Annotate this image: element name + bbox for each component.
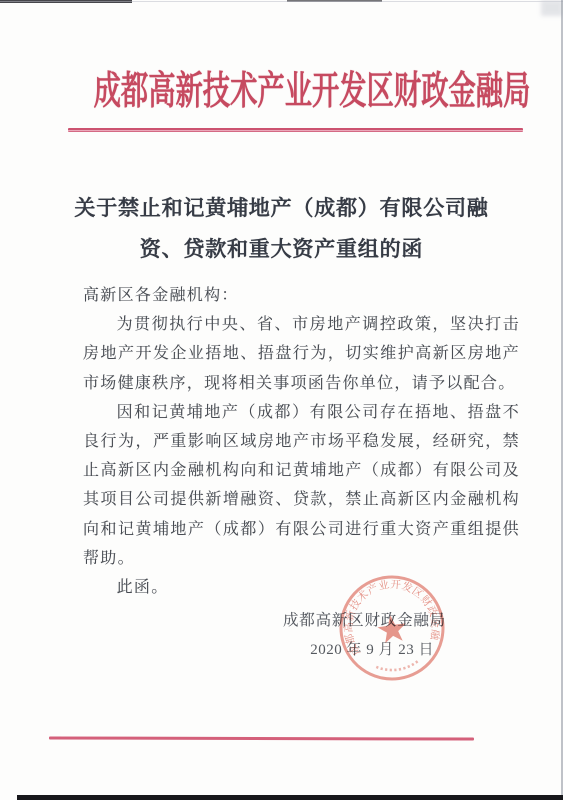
document-title-line1: 关于禁止和记黄埔地产（成都）有限公司融 [40, 188, 523, 229]
scan-corner-top-right [541, 0, 563, 16]
scanned-document-page: 成都高新技术产业开发区财政金融局 关于禁止和记黄埔地产（成都）有限公司融 资、贷… [0, 0, 563, 800]
body-paragraph-2: 因和记黄埔地产（成都）有限公司存在捂地、捂盘不良行为，严重影响区域房地产市场平稳… [83, 398, 520, 573]
star-icon [376, 613, 408, 644]
document-title-line2: 资、贷款和重大资产重组的函 [40, 229, 523, 270]
svg-text:成都高新技术产业开发区财政金融局: 成都高新技术产业开发区财政金融局 [324, 560, 445, 661]
letterhead-divider-line [68, 128, 523, 132]
official-seal: 成都高新技术产业开发区财政金融局 [324, 560, 460, 696]
letterhead-agency-name: 成都高新技术产业开发区财政金融局 [0, 60, 563, 116]
letterhead-agency-name-text: 成都高新技术产业开发区财政金融局 [94, 60, 531, 116]
scan-edge-top-line [0, 1, 563, 2]
footer-rule-line [49, 736, 474, 740]
seal-code-marks [376, 661, 418, 672]
scan-edge-bottom [17, 795, 563, 800]
document-title: 关于禁止和记黄埔地产（成都）有限公司融 资、贷款和重大资产重组的函 [40, 188, 523, 270]
body-paragraph-1: 为贯彻执行中央、省、市房地产调控政策，坚决打击房地产开发企业捂地、捂盘行为，切实… [83, 310, 520, 398]
document-body: 高新区各金融机构： 为贯彻执行中央、省、市房地产调控政策，坚决打击房地产开发企业… [83, 281, 520, 602]
seal-arc-text: 成都高新技术产业开发区财政金融局 [324, 560, 445, 661]
closing-phrase: 此函。 [83, 573, 520, 602]
salutation: 高新区各金融机构： [83, 281, 520, 310]
